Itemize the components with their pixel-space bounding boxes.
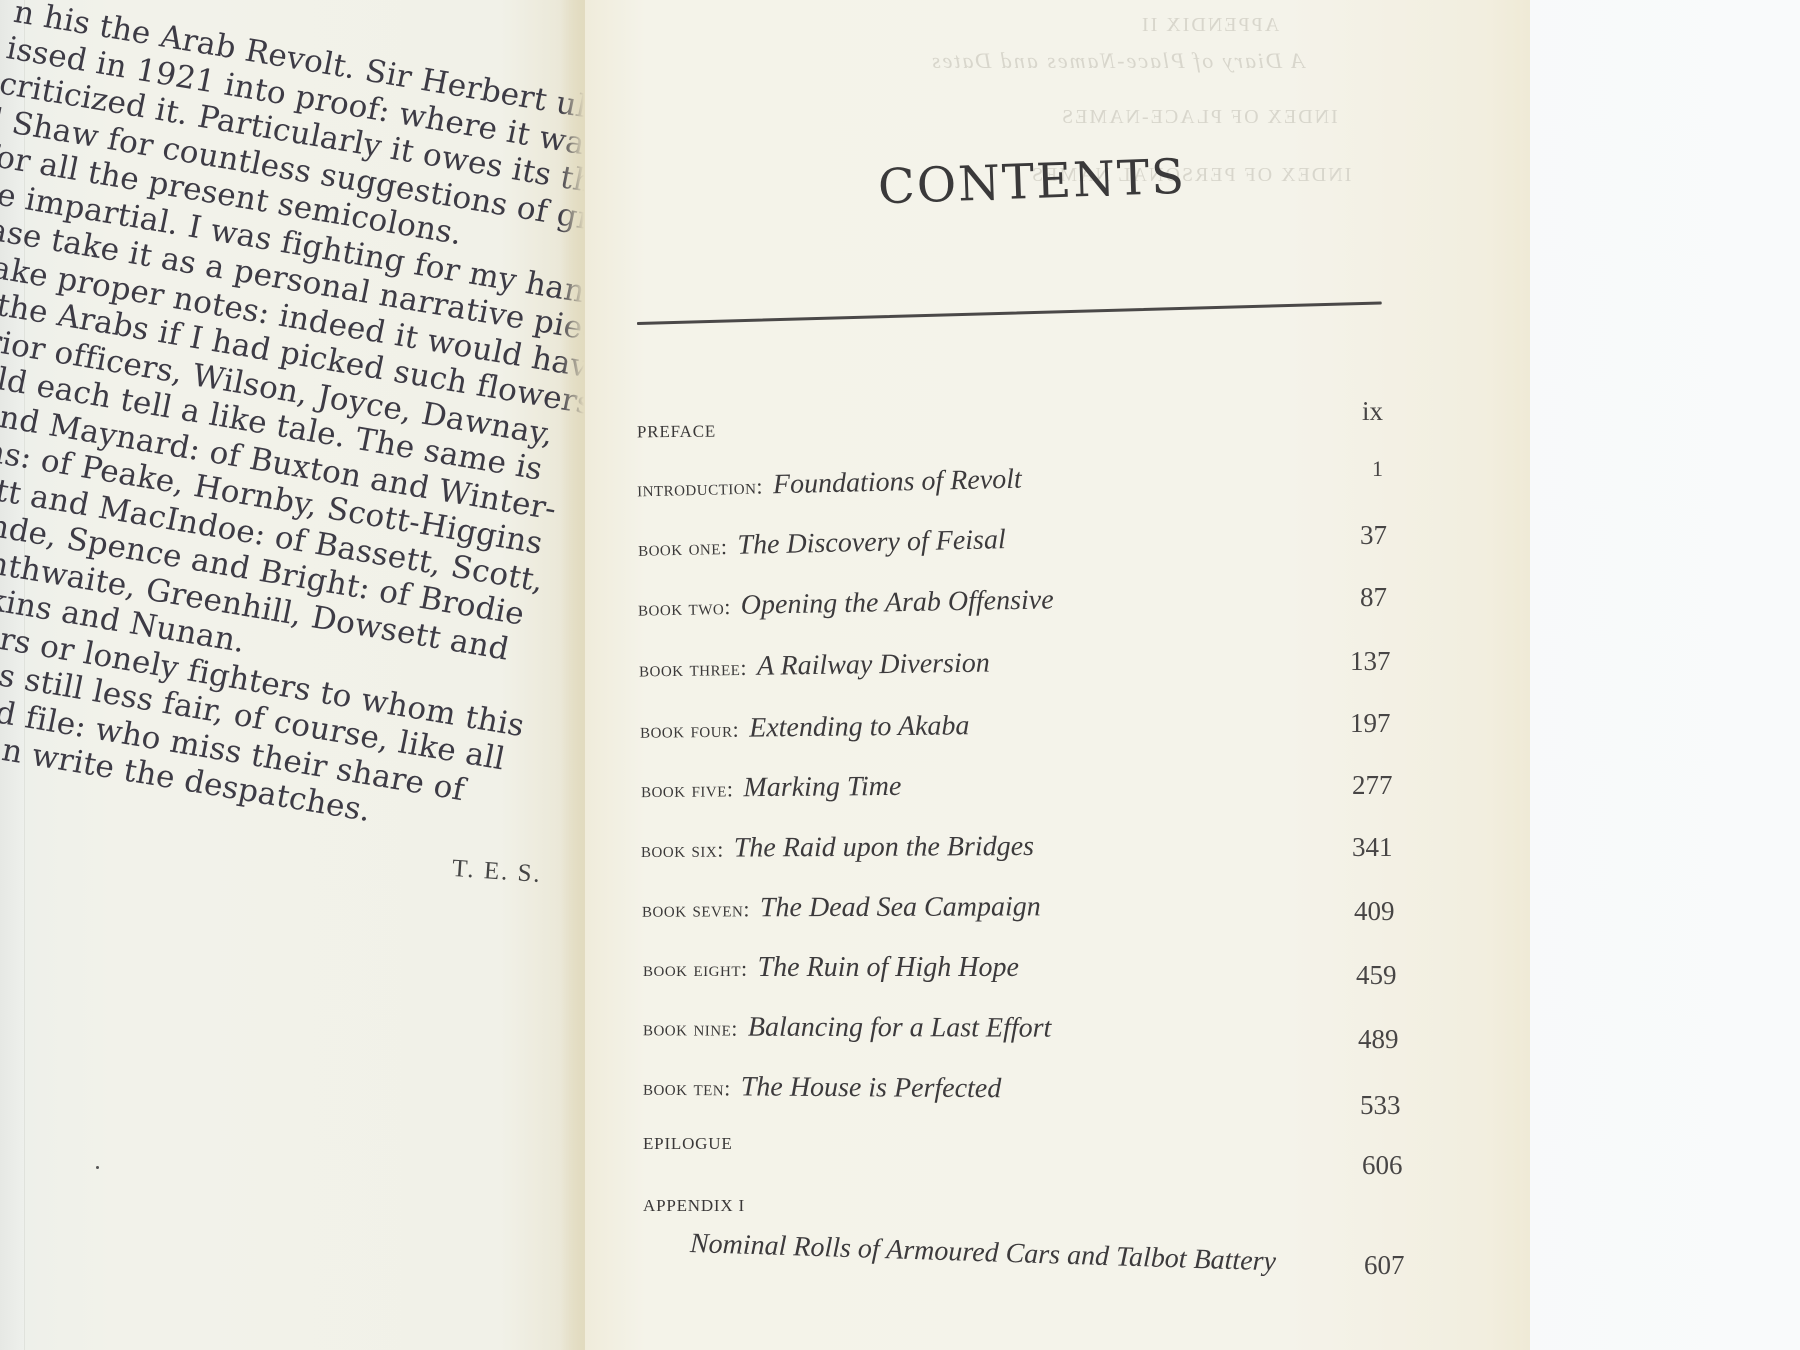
page-number: 607 xyxy=(1364,1250,1405,1281)
entry-title: The Discovery of Feisal xyxy=(737,524,1006,561)
show-through-text: INDEX OF PLACE-NAMES xyxy=(1060,106,1338,129)
entry-label: Book Two: xyxy=(638,594,731,621)
toc-entry-book-five[interactable]: Book Five:Marking Time xyxy=(641,771,902,805)
toc-entry-epilogue[interactable]: EPILOGUE xyxy=(643,1134,733,1154)
toc-entry-book-nine[interactable]: Book Nine:Balancing for a Last Effort xyxy=(643,1011,1051,1044)
entry-label: APPENDIX I xyxy=(643,1196,745,1215)
entry-title: Foundations of Revolt xyxy=(773,464,1022,501)
entry-title: Extending to Akaba xyxy=(749,710,970,743)
entry-label: Book Four: xyxy=(640,717,739,743)
entry-title: A Railway Diversion xyxy=(757,648,990,682)
entry-label: Introduction: xyxy=(637,474,763,502)
entry-title: The Dead Sea Campaign xyxy=(760,891,1041,923)
entry-label: EPILOGUE xyxy=(643,1134,733,1153)
toc-entry-book-four[interactable]: Book Four:Extending to Akaba xyxy=(640,710,970,745)
entry-title: The Raid upon the Bridges xyxy=(734,831,1034,864)
entry-label: Book Nine: xyxy=(643,1015,738,1040)
entry-title: The House is Perfected xyxy=(741,1071,1002,1104)
entry-label: PREFACE xyxy=(637,422,716,442)
paper-speck xyxy=(96,1166,99,1169)
toc-entry-preface[interactable]: PREFACE xyxy=(637,422,716,443)
toc-entry-book-six[interactable]: Book Six:The Raid upon the Bridges xyxy=(641,831,1034,865)
entry-title: Marking Time xyxy=(743,771,901,803)
page-number: ix xyxy=(1362,396,1383,427)
page-number: 409 xyxy=(1354,896,1395,927)
show-through-text: APPENDIX II xyxy=(1140,14,1279,37)
page-title: CONTENTS xyxy=(877,149,1187,216)
page-number: 1 xyxy=(1372,456,1383,482)
page-number: 197 xyxy=(1350,708,1391,739)
entry-title: Opening the Arab Offensive xyxy=(741,584,1054,620)
toc-entry-book-seven[interactable]: Book Seven:The Dead Sea Campaign xyxy=(642,891,1041,924)
entry-label: Book Three: xyxy=(639,655,747,682)
page-number: 277 xyxy=(1352,770,1393,801)
toc-entry-book-eight[interactable]: Book Eight:The Ruin of High Hope xyxy=(643,952,1019,984)
entry-label: Book Ten: xyxy=(643,1075,731,1101)
entry-label: Book Five: xyxy=(641,776,734,802)
entry-title: The Ruin of High Hope xyxy=(758,952,1019,983)
left-page: n his the Arab Revolt. Sir Herbert uls C… xyxy=(0,0,585,1350)
page-number: 533 xyxy=(1360,1090,1401,1121)
page-number: 459 xyxy=(1356,960,1397,991)
page-number: 137 xyxy=(1350,646,1391,677)
entry-label: Book Eight: xyxy=(643,956,748,981)
preface-text-block: n his the Arab Revolt. Sir Herbert uls C… xyxy=(0,0,570,838)
page-number: 341 xyxy=(1352,832,1393,863)
page-number: 37 xyxy=(1360,520,1387,551)
page-number: 606 xyxy=(1362,1150,1403,1181)
page-number: 489 xyxy=(1358,1024,1399,1055)
show-through-text: A Diary of Place-Names and Dates xyxy=(930,48,1305,74)
entry-label: Book Seven: xyxy=(642,896,750,921)
toc-entry-book-ten[interactable]: Book Ten:The House is Perfected xyxy=(643,1071,1001,1106)
toc-entry-book-three[interactable]: Book Three:A Railway Diversion xyxy=(639,648,990,685)
author-initials: T. E. S. xyxy=(451,855,543,889)
page-number: 87 xyxy=(1360,582,1387,613)
entry-label: Book One: xyxy=(638,534,728,561)
toc-entry-appendix-i[interactable]: APPENDIX I xyxy=(643,1196,745,1216)
entry-title: Balancing for a Last Effort xyxy=(748,1012,1051,1044)
entry-label: Book Six: xyxy=(641,837,724,862)
